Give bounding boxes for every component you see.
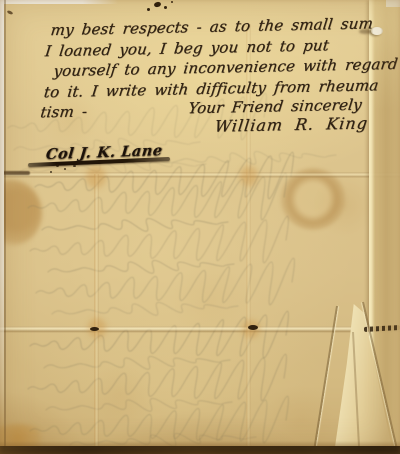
paper-edge-top xyxy=(0,0,118,4)
crumpled-corner xyxy=(322,292,400,454)
ink-speck-top xyxy=(147,8,150,11)
ink-speck-on-fold xyxy=(248,325,258,330)
paper-edge-top-right xyxy=(386,0,400,7)
ink-speck-top xyxy=(171,1,173,3)
vertical-fold-left xyxy=(94,174,99,454)
bottom-dark-edge xyxy=(0,446,400,454)
ink-dot xyxy=(50,171,52,173)
paper-edge-shadow xyxy=(4,0,6,448)
letter-photo: my best respects - as to the small sum I… xyxy=(0,0,400,454)
ink-speck-on-fold xyxy=(90,327,99,331)
letter-line-5: tism - xyxy=(39,102,88,121)
ink-dot xyxy=(73,165,76,167)
signature: William R. King xyxy=(214,113,370,135)
ink-dot xyxy=(64,168,66,170)
ink-speck-top xyxy=(164,6,167,9)
ink-dot xyxy=(56,164,59,167)
